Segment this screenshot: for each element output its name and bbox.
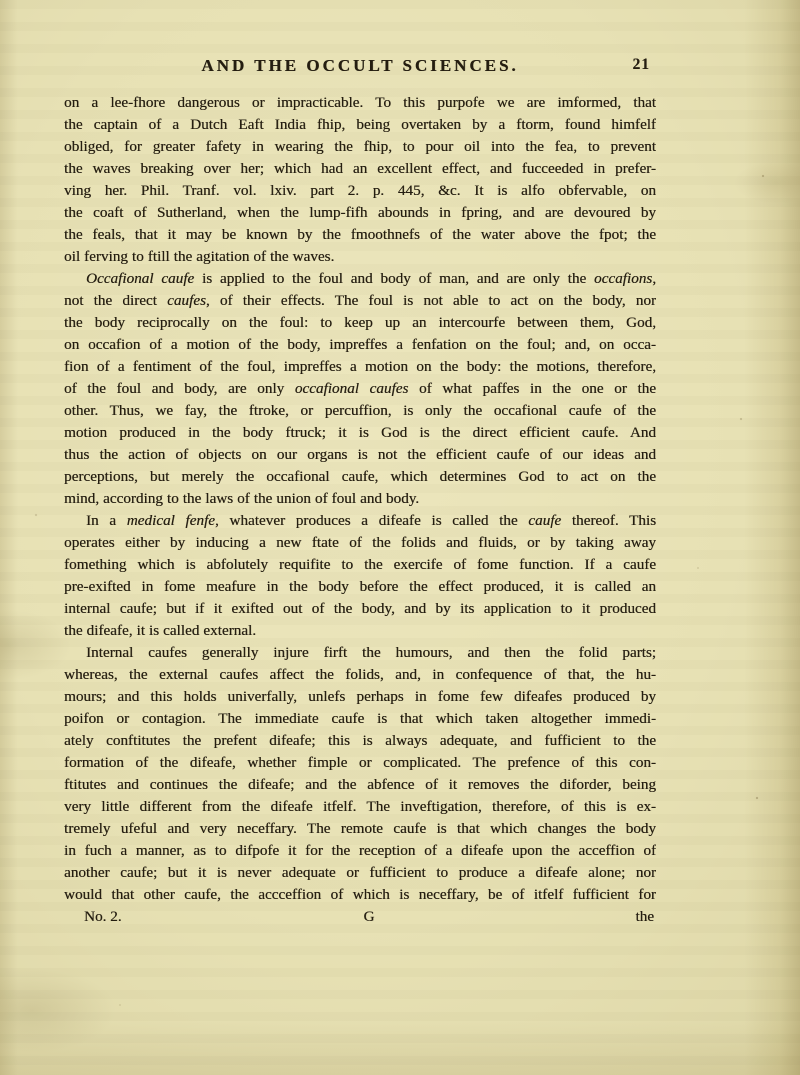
italic-phrase: caufes (167, 292, 206, 309)
text-line: poifon or contagion. The immediate caufe… (64, 708, 656, 730)
text-line: the body reciprocally on the foul: to ke… (64, 312, 656, 334)
text-line: perceptions, but merely the occafional c… (64, 466, 656, 488)
text-line: mours; and this holds univerfally, unlef… (64, 686, 656, 708)
signature-mark: G (274, 906, 464, 928)
book-page-scan: AND THE OCCULT SCIENCES. 21 on a lee-fho… (0, 0, 800, 1075)
text-line: the waves breaking over her; which had a… (64, 158, 656, 180)
text-line: on a lee-fhore dangerous or impracticabl… (64, 92, 656, 114)
text-line: fomething which is abfolutely requifite … (64, 554, 656, 576)
running-head-title: AND THE OCCULT SCIENCES. (64, 56, 656, 80)
text-line: Internal caufes generally injure firft t… (64, 642, 656, 664)
paragraph: on a lee-fhore dangerous or impracticabl… (64, 92, 656, 268)
text-line: would that other caufe, the accceffion o… (64, 884, 656, 906)
text-line: in fuch a manner, as to difpofe it for t… (64, 840, 656, 862)
paragraph: In a medical fenfe, whatever produces a … (64, 510, 656, 642)
text-line: of the foul and body, are only occafiona… (64, 378, 656, 400)
text-line: motion produced in the body ftruck; it i… (64, 422, 656, 444)
text-line: Occafional caufe is applied to the foul … (64, 268, 656, 290)
text-line: another caufe; but it is never adequate … (64, 862, 656, 884)
text-line: other. Thus, we fay, the ftroke, or perc… (64, 400, 656, 422)
text-line: very little different from the difeafe i… (64, 796, 656, 818)
text-line: tremely ufeful and very neceffary. The r… (64, 818, 656, 840)
italic-phrase: Occafional caufe (86, 270, 194, 287)
text-line: whereas, the external caufes affect the … (64, 664, 656, 686)
text-line: thus the action of objects on our organs… (64, 444, 656, 466)
paragraph: Occafional caufe is applied to the foul … (64, 268, 656, 510)
page-footer: No. 2.Gthe (64, 906, 656, 928)
text-line: pre-exifted in fome meafure in the body … (64, 576, 656, 598)
text-line: ving her. Phil. Tranf. vol. lxiv. part 2… (64, 180, 656, 202)
catchword: the (464, 906, 656, 928)
italic-phrase: caufe (528, 512, 561, 529)
text-line: In a medical fenfe, whatever produces a … (64, 510, 656, 532)
text-line: the captain of a Dutch Eaft India fhip, … (64, 114, 656, 136)
text-line: ately conftitutes the prefent difeafe; t… (64, 730, 656, 752)
issue-number: No. 2. (64, 906, 274, 928)
text-line: the feals, that it may be known by the f… (64, 224, 656, 246)
italic-phrase: medical fenfe (127, 512, 215, 529)
text-line: ftitutes and continues the difeafe; and … (64, 774, 656, 796)
text-line: the coaft of Sutherland, when the lump-f… (64, 202, 656, 224)
text-line: mind, according to the laws of the union… (64, 488, 656, 510)
text-line: not the direct caufes, of their effects.… (64, 290, 656, 312)
page-number: 21 (633, 56, 651, 74)
text-line: on occafion of a motion of the body, imp… (64, 334, 656, 356)
paragraph: Internal caufes generally injure firft t… (64, 642, 656, 906)
italic-phrase: occafions (594, 270, 652, 287)
text-line: the difeafe, it is called external. (64, 620, 656, 642)
text-line: formation of the difeafe, whether fimple… (64, 752, 656, 774)
body-text: on a lee-fhore dangerous or impracticabl… (64, 92, 656, 928)
text-line: operates either by inducing a new ftate … (64, 532, 656, 554)
text-line: fion of a fentiment of the foul, impreff… (64, 356, 656, 378)
text-line: internal caufe; but if it exifted out of… (64, 598, 656, 620)
text-line: oil ferving to ftill the agitation of th… (64, 246, 656, 268)
italic-phrase: occafional caufes (295, 380, 409, 397)
text-line: obliged, for greater fafety in wearing t… (64, 136, 656, 158)
